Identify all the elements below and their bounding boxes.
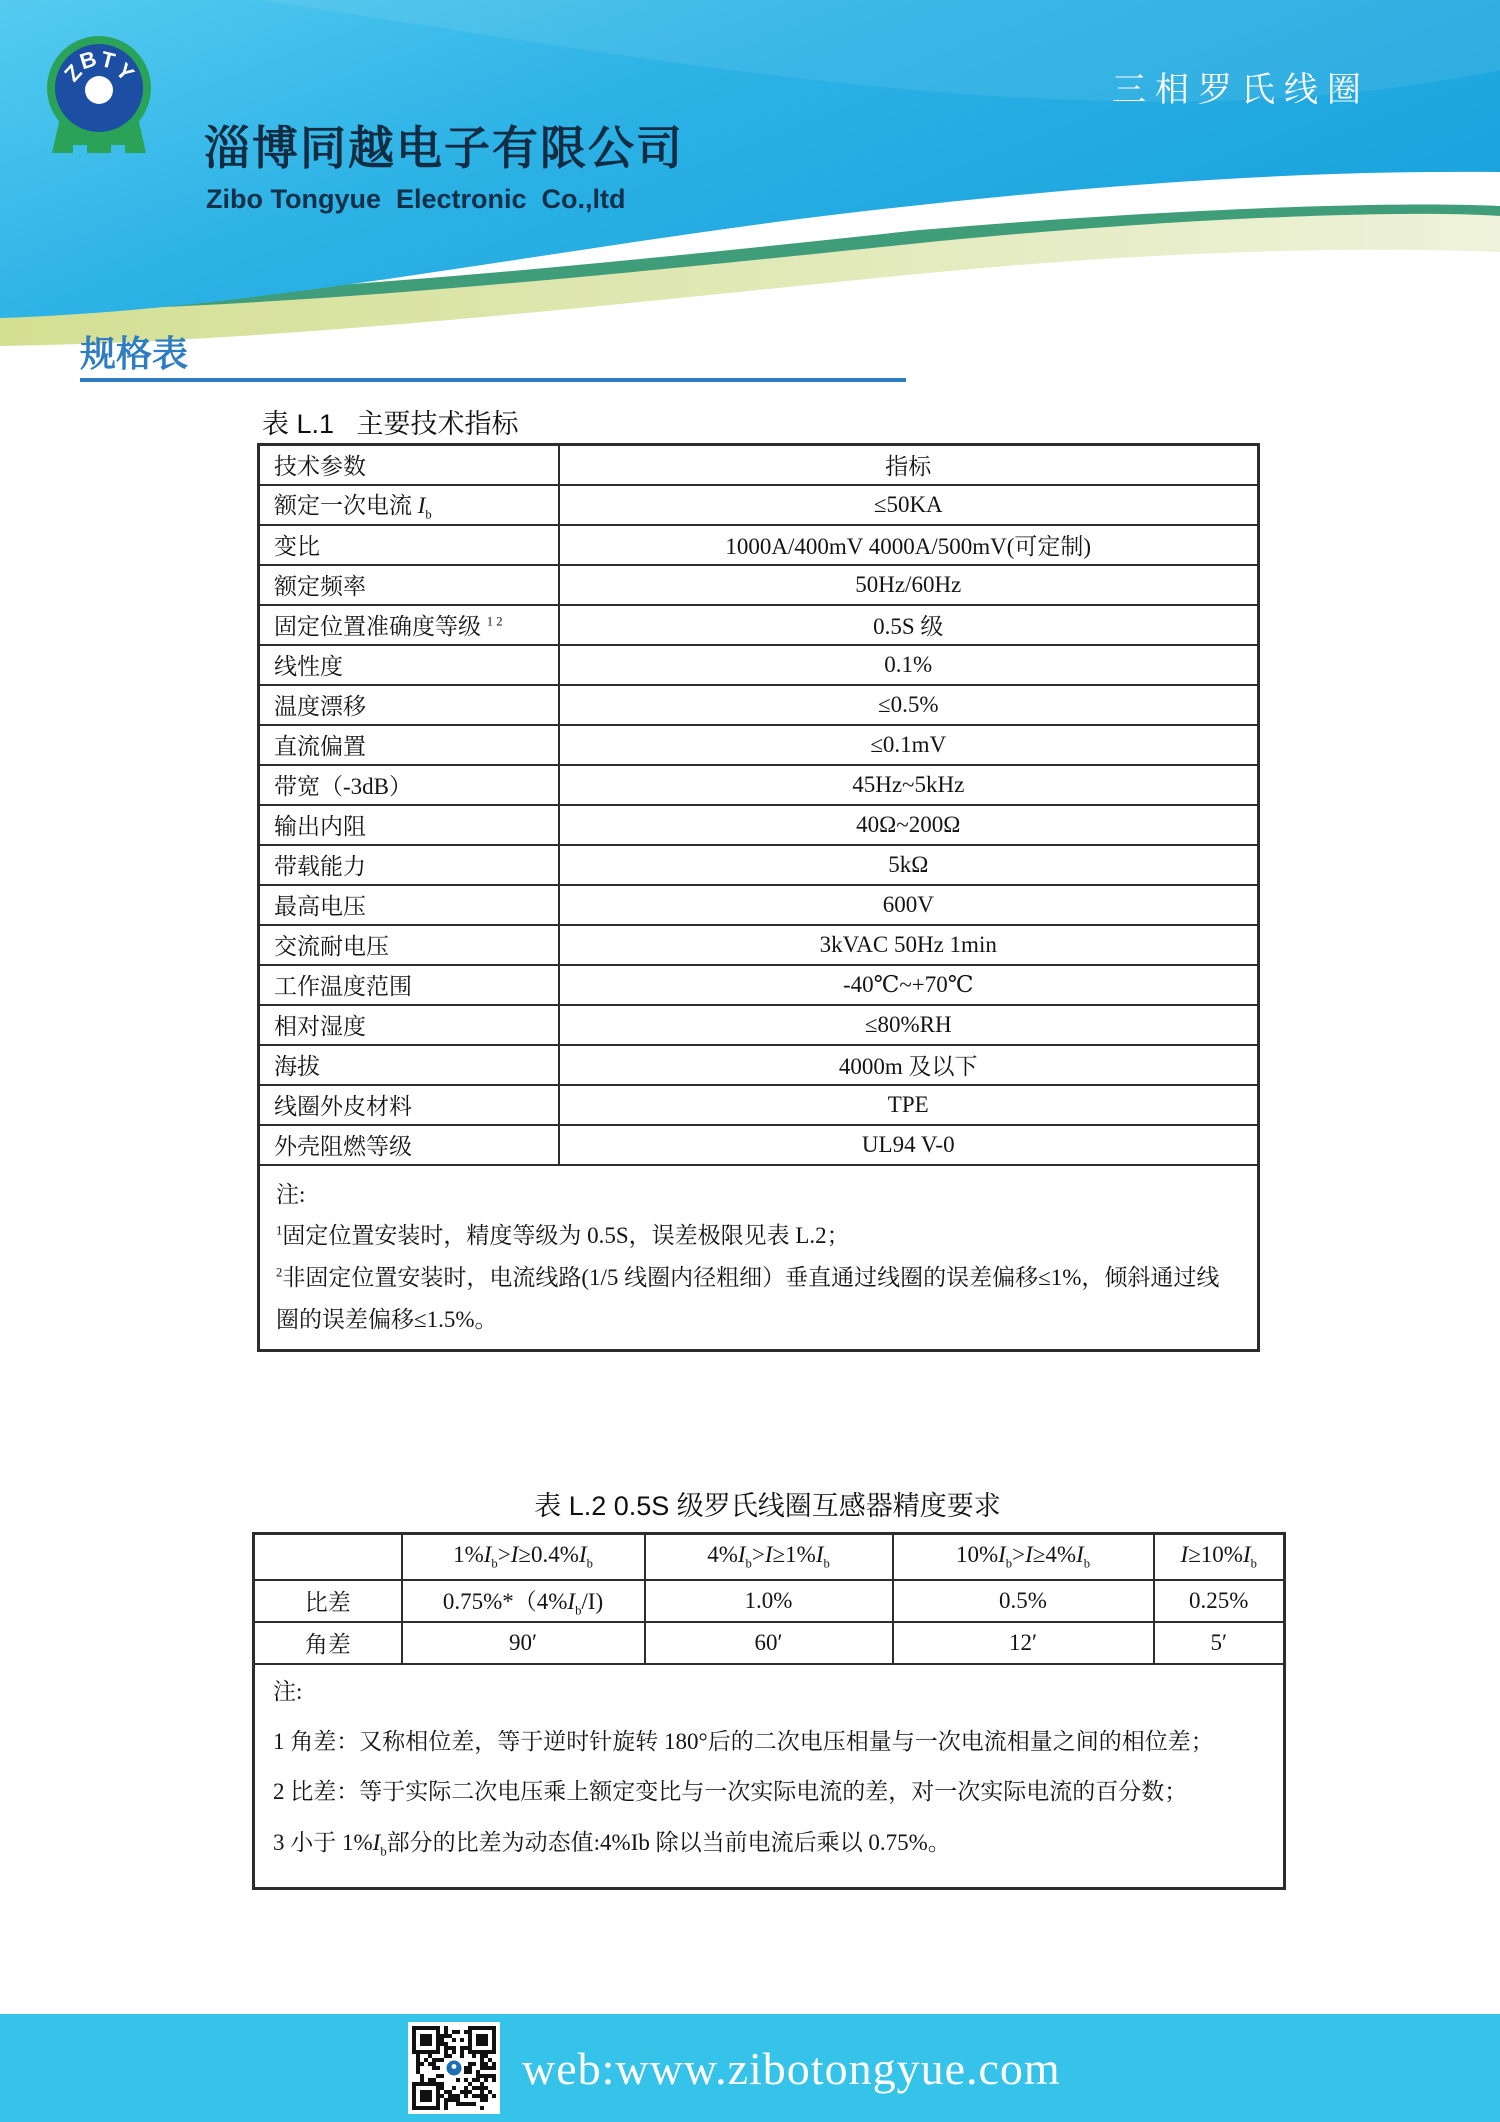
param-cell: 带载能力: [259, 845, 559, 885]
accuracy-table: 1%Ib>I≥0.4%Ib 4%Ib>I≥1%Ib 10%Ib>I≥4%Ib I…: [252, 1532, 1286, 1890]
param-cell: 线性度: [259, 645, 559, 685]
param-cell: 带宽（-3dB）: [259, 765, 559, 805]
note-line: 3 小于 1%Ib部分的比差为动态值:4%Ib 除以当前电流后乘以 0.75%。: [273, 1826, 1265, 1861]
value-cell: 90′: [402, 1622, 645, 1664]
table1-notes: 注: 1固定位置安装时，精度等级为 0.5S，误差极限见表 L.2； 2非固定位…: [259, 1165, 1259, 1351]
value-cell: 40Ω~200Ω: [559, 805, 1259, 845]
range-header-cell: I≥10%Ib: [1154, 1534, 1285, 1580]
header-banner-waves: [0, 0, 1500, 360]
param-cell: 固定位置准确度等级 1 2: [259, 605, 559, 645]
company-logo: Z B T Y: [40, 26, 158, 166]
table-row: 额定一次电流 Ib ≤50KA: [259, 485, 1259, 525]
value-cell: 0.5%: [893, 1580, 1154, 1622]
table-row: 带载能力 5kΩ: [259, 845, 1259, 885]
website-url: web:www.zibotongyue.com: [522, 2014, 1061, 2122]
param-cell: 直流偏置: [259, 725, 559, 765]
param-cell: 交流耐电压: [259, 925, 559, 965]
product-tag: 三相罗氏线圈: [1112, 62, 1370, 111]
section-underline: [80, 378, 906, 382]
table-row: 输出内阻 40Ω~200Ω: [259, 805, 1259, 845]
value-cell: 45Hz~5kHz: [559, 765, 1259, 805]
table-row: 技术参数 指标: [259, 445, 1259, 485]
notes-label: 注:: [276, 1174, 1241, 1216]
value-cell: 1000A/400mV 4000A/500mV(可定制): [559, 525, 1259, 565]
param-cell: 额定频率: [259, 565, 559, 605]
tech-spec-table: 技术参数 指标 额定一次电流 Ib ≤50KA 变比 1000A/400mV 4…: [257, 443, 1260, 1352]
value-cell: 4000m 及以下: [559, 1045, 1259, 1085]
param-cell: 技术参数: [259, 445, 559, 485]
table2-notes: 注: 1 角差：又称相位差，等于逆时针旋转 180°后的二次电压相量与一次电流相…: [254, 1664, 1285, 1889]
param-cell: 输出内阻: [259, 805, 559, 845]
value-cell: 0.25%: [1154, 1580, 1285, 1622]
value-cell: 1.0%: [645, 1580, 893, 1622]
row-label-cell: 角差: [254, 1622, 402, 1664]
value-cell: 5′: [1154, 1622, 1285, 1664]
table1-caption: 表 L.1 主要技术指标: [262, 402, 519, 441]
qr-code: [408, 2022, 500, 2114]
value-cell: TPE: [559, 1085, 1259, 1125]
value-cell: UL94 V-0: [559, 1125, 1259, 1165]
value-cell: 12′: [893, 1622, 1154, 1664]
table-row: 相对湿度 ≤80%RH: [259, 1005, 1259, 1045]
param-cell: 温度漂移: [259, 685, 559, 725]
value-cell: ≤50KA: [559, 485, 1259, 525]
company-name-cn: 淄博同越电子有限公司: [204, 112, 684, 178]
table-row: 线性度 0.1%: [259, 645, 1259, 685]
table-row: 变比 1000A/400mV 4000A/500mV(可定制): [259, 525, 1259, 565]
table-row: 最高电压 600V: [259, 885, 1259, 925]
note-line: 1固定位置安装时，精度等级为 0.5S，误差极限见表 L.2；: [276, 1215, 1241, 1257]
table2-notes-row: 注: 1 角差：又称相位差，等于逆时针旋转 180°后的二次电压相量与一次电流相…: [254, 1664, 1285, 1889]
value-cell: 0.75%*（4%Ib/I): [402, 1580, 645, 1622]
value-cell: 0.5S 级: [559, 605, 1259, 645]
value-cell: ≤0.5%: [559, 685, 1259, 725]
table-row: 线圈外皮材料 TPE: [259, 1085, 1259, 1125]
param-cell: 外壳阻燃等级: [259, 1125, 559, 1165]
table-row: 额定频率 50Hz/60Hz: [259, 565, 1259, 605]
value-cell: 60′: [645, 1622, 893, 1664]
table-row: 外壳阻燃等级 UL94 V-0: [259, 1125, 1259, 1165]
value-cell: ≤80%RH: [559, 1005, 1259, 1045]
param-cell: 海拔: [259, 1045, 559, 1085]
param-cell: 相对湿度: [259, 1005, 559, 1045]
value-cell: ≤0.1mV: [559, 725, 1259, 765]
table-row: 比差 0.75%*（4%Ib/I) 1.0% 0.5% 0.25%: [254, 1580, 1285, 1622]
value-cell: 50Hz/60Hz: [559, 565, 1259, 605]
param-cell: 线圈外皮材料: [259, 1085, 559, 1125]
range-header-cell: 10%Ib>I≥4%Ib: [893, 1534, 1154, 1580]
param-cell: 额定一次电流 Ib: [259, 485, 559, 525]
table-row: 交流耐电压 3kVAC 50Hz 1min: [259, 925, 1259, 965]
table2-caption: 表 L.2 0.5S 级罗氏线圈互感器精度要求: [252, 1484, 1283, 1523]
value-cell: 600V: [559, 885, 1259, 925]
row-label-cell: 比差: [254, 1580, 402, 1622]
note-line: 2非固定位置安装时，电流线路(1/5 线圈内径粗细）垂直通过线圈的误差偏移≤1%…: [276, 1257, 1241, 1341]
note-line: 2 比差：等于实际二次电压乘上额定变比与一次实际电流的差，对一次实际电流的百分数…: [273, 1775, 1265, 1808]
table-row: 带宽（-3dB） 45Hz~5kHz: [259, 765, 1259, 805]
param-cell: 变比: [259, 525, 559, 565]
value-cell: 5kΩ: [559, 845, 1259, 885]
table-row: 海拔 4000m 及以下: [259, 1045, 1259, 1085]
value-cell: 3kVAC 50Hz 1min: [559, 925, 1259, 965]
table-row: 温度漂移 ≤0.5%: [259, 685, 1259, 725]
table-row: 工作温度范围 -40℃~+70℃: [259, 965, 1259, 1005]
param-cell: 工作温度范围: [259, 965, 559, 1005]
value-cell: 0.1%: [559, 645, 1259, 685]
company-name-en: Zibo Tongyue Electronic Co.,ltd: [206, 184, 626, 215]
qr-pattern: [412, 2026, 496, 2110]
document-page: Z B T Y 淄博同越电子有限公司 Zibo Tongyue Electron…: [0, 0, 1500, 2122]
table-row: 直流偏置 ≤0.1mV: [259, 725, 1259, 765]
table1-notes-row: 注: 1固定位置安装时，精度等级为 0.5S，误差极限见表 L.2； 2非固定位…: [259, 1165, 1259, 1351]
table-row: 1%Ib>I≥0.4%Ib 4%Ib>I≥1%Ib 10%Ib>I≥4%Ib I…: [254, 1534, 1285, 1580]
notes-label: 注:: [273, 1675, 1265, 1708]
range-header-cell: 4%Ib>I≥1%Ib: [645, 1534, 893, 1580]
value-cell: 指标: [559, 445, 1259, 485]
param-cell: 最高电压: [259, 885, 559, 925]
logo-center-dot: [85, 76, 113, 104]
table-row: 角差 90′ 60′ 12′ 5′: [254, 1622, 1285, 1664]
range-header-cell: 1%Ib>I≥0.4%Ib: [402, 1534, 645, 1580]
note-line: 1 角差：又称相位差，等于逆时针旋转 180°后的二次电压相量与一次电流相量之间…: [273, 1725, 1265, 1758]
table-row: 固定位置准确度等级 1 2 0.5S 级: [259, 605, 1259, 645]
corner-cell: [254, 1534, 402, 1580]
value-cell: -40℃~+70℃: [559, 965, 1259, 1005]
section-title: 规格表: [80, 326, 188, 377]
